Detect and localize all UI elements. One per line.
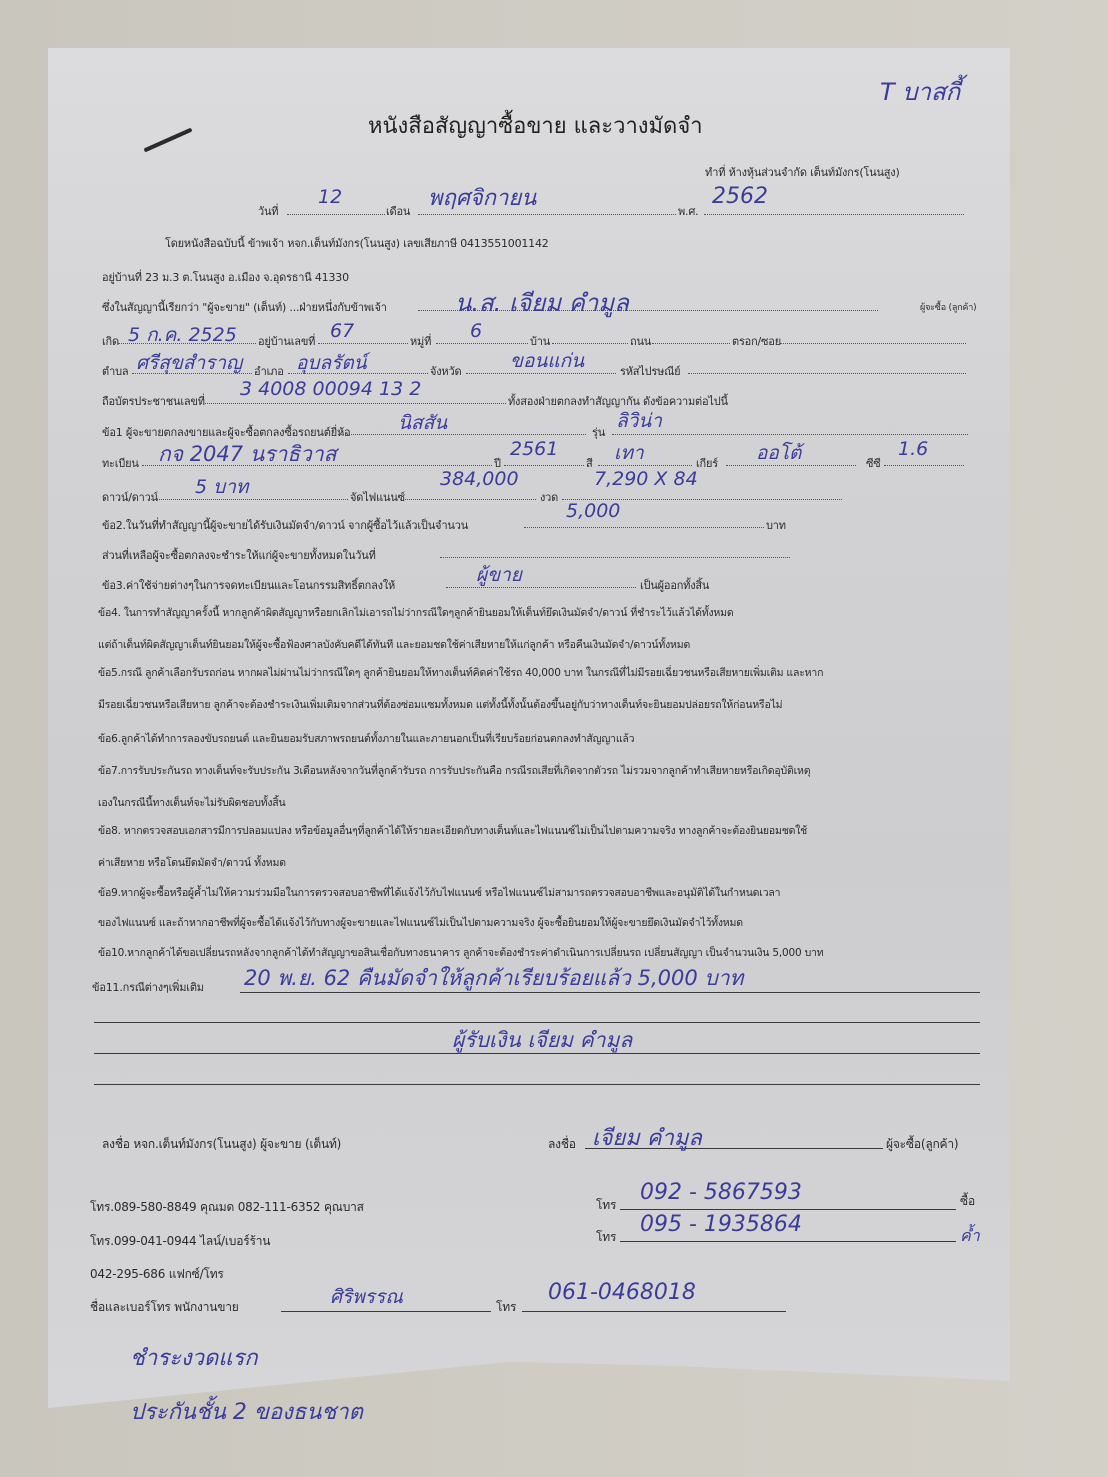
- sales-phone-line: [522, 1311, 786, 1312]
- tambon-value: ศรีสุขสำราญ: [136, 348, 242, 378]
- color-value: เทา: [614, 438, 644, 468]
- buyer-suffix: ผู้จะซื้อ (ลูกค้า): [920, 300, 976, 314]
- clause-line: ข้อ4. ในการทำสัญญาครั้งนี้ หากลูกค้าผิดส…: [98, 604, 733, 621]
- day-field: [287, 214, 385, 215]
- installment-value: 7,290 X 84: [594, 468, 698, 490]
- cc-value: 1.6: [898, 438, 928, 460]
- place-line: ทำที่ ห้างหุ้นส่วนจำกัด เต็นท์มังกร(โนนส…: [705, 163, 900, 181]
- seller-signature: ลงชื่อ หจก.เต็นท์มังกร(โนนสูง) ผู้จะขาย …: [102, 1135, 341, 1154]
- month-label: เดือน: [386, 202, 410, 220]
- model-value: ลิวิน่า: [616, 406, 662, 436]
- seller-address: อยู่บ้านที่ 23 ม.3 ต.โนนสูง อ.เมือง จ.อุ…: [102, 268, 349, 286]
- brand-value: นิสสัน: [398, 408, 447, 438]
- clause3-suffix: เป็นผู้ออกทั้งสิ้น: [640, 576, 709, 594]
- clause-line: ค่าเสียหาย หรือโดนยึดมัดจำ/ดาวน์ ทั้งหมด: [98, 854, 286, 871]
- note-1: ชำระงวดแรก: [130, 1340, 258, 1375]
- sales-label: ชื่อและเบอร์โทร พนักงานขาย: [90, 1298, 239, 1317]
- buyer-phone1-suffix: ซื้อ: [960, 1192, 975, 1211]
- sales-name: ศิริพรรณ: [330, 1282, 403, 1312]
- moo-value: 6: [470, 320, 482, 342]
- year-label: พ.ศ.: [678, 202, 698, 220]
- sales-phone: 061-0468018: [548, 1280, 696, 1305]
- clause-line: ข้อ10.หากลูกค้าได้ขอเปลี่ยนรถหลังจากลูกค…: [98, 944, 824, 961]
- clause11-text-1: 20 พ.ย. 62 คืนมัดจำให้ลูกค้าเรียบร้อยแล้…: [244, 962, 743, 995]
- shop-fax: 042-295-686 แฟกซ์/โทร: [90, 1265, 224, 1284]
- deposit-value: 5,000: [566, 500, 620, 522]
- clause-line: ข้อ9.หากผู้จะซื้อหรือผู้ค้ำไม่ให้ความร่ว…: [98, 884, 780, 901]
- brand-field: [338, 434, 586, 435]
- finance-label: จัดไฟแนนซ์: [350, 488, 405, 506]
- day-value: 12: [318, 186, 342, 208]
- id-value: 3 4008 00094 13 2: [240, 378, 421, 400]
- clause2-label: ข้อ2.ในวันที่ทำสัญญานี้ผู้จะขายได้รับเงิ…: [102, 516, 468, 534]
- clause-line: แต่ถ้าเต็นท์ผิดสัญญาเต็นท์ยินยอมให้ผู้จะ…: [98, 636, 690, 653]
- clause-line: ข้อ6.ลูกค้าได้ทำการลองขับรถยนต์ และยินยอ…: [98, 730, 634, 747]
- buyer-name: น.ส. เจียม คำมูล: [455, 283, 629, 322]
- buyer-signature: เจียม คำมูล: [592, 1120, 702, 1155]
- year-field: [704, 214, 964, 215]
- color-field: [598, 465, 692, 466]
- birth-value: 5 ก.ค. 2525: [128, 320, 237, 350]
- clause-line: ข้อ5.กรณี ลูกค้าเลือกรับรถก่อน หากผลไม่ผ…: [98, 664, 823, 681]
- house-value: 67: [330, 320, 354, 342]
- buyer-sign-suffix: ผู้จะซื้อ(ลูกค้า): [886, 1135, 958, 1154]
- payer-value: ผู้ขาย: [476, 560, 522, 590]
- remaining-date-field: [440, 557, 790, 558]
- installment-label: งวด: [540, 488, 558, 506]
- cc-field: [884, 465, 964, 466]
- shop-line: โทร.099-041-0944 ไลน์/เบอร์ร้าน: [90, 1232, 270, 1251]
- buyer-phone2-label: โทร: [596, 1228, 616, 1247]
- buyer-phone1-line: [620, 1209, 956, 1210]
- finance-field: [400, 499, 536, 500]
- clause-line: เองในกรณีนี้ทางเต็นท์จะไม่รับผิดชอบทั้งส…: [98, 794, 286, 811]
- house-field: [318, 343, 408, 344]
- clause-line: มีรอยเฉี่ยวชนหรือเสียหาย ลูกค้าจะต้องชำร…: [98, 696, 782, 713]
- clause-line: ของไฟแนนซ์ และถ้าหากอาชีพที่ผู้จะซื้อได้…: [98, 914, 743, 931]
- note-2: ประกันชั้น 2 ของธนชาต: [130, 1394, 363, 1429]
- document-title: หนังสือสัญญาซื้อขาย และวางมัดจำ: [368, 108, 703, 143]
- remaining-line: ส่วนที่เหลือผู้จะซื้อตกลงจะชำระให้แก่ผู้…: [102, 546, 376, 564]
- id-field: [200, 403, 506, 404]
- tambon-label: ตำบล: [102, 362, 128, 380]
- color-label: สี: [586, 454, 593, 472]
- plate-value: กจ 2047 นราธิวาส: [158, 438, 336, 471]
- clause11-label: ข้อ11.กรณีต่างๆเพิ่มเติม: [92, 978, 204, 996]
- clause11-line-4: [94, 1084, 980, 1085]
- id-label: ถือบัตรประชาชนเลขที่: [102, 392, 205, 410]
- moo-label: หมู่ที่: [410, 332, 431, 350]
- party-label: ซึ่งในสัญญานี้เรียกว่า "ผู้จะขาย" (เต็นท…: [102, 298, 387, 316]
- day-label: วันที่: [258, 202, 278, 220]
- down-value: 5 บาท: [195, 472, 248, 502]
- postcode-label: รหัสไปรษณีย์: [620, 362, 680, 380]
- gear-value: ออโต้: [756, 438, 801, 468]
- road-label: ถนน: [630, 332, 651, 350]
- buyer-phone2-suffix: ค้ำ: [960, 1224, 980, 1249]
- village-field: [552, 343, 628, 344]
- veh-year-value: 2561: [510, 438, 558, 460]
- cc-label: ซีซี: [866, 454, 881, 472]
- plate-label: ทะเบียน: [102, 454, 139, 472]
- buyer-phone2-line: [620, 1241, 956, 1242]
- corner-note: T บาสกี้: [880, 72, 960, 111]
- buyer-phone2: 095 - 1935864: [640, 1212, 802, 1237]
- deposit-field: [524, 527, 764, 528]
- road-field: [652, 343, 730, 344]
- finance-value: 384,000: [440, 468, 519, 490]
- sales-tel-label: โทร: [496, 1298, 516, 1317]
- buyer-phone1-label: โทร: [596, 1196, 616, 1215]
- soi-field: [780, 343, 966, 344]
- amphoe-value: อุบลรัตน์: [296, 348, 367, 378]
- clause11-line-3: [94, 1053, 980, 1054]
- buyer-phone1: 092 - 5867593: [640, 1180, 802, 1205]
- soi-label: ตรอก/ซอย: [732, 332, 781, 350]
- province-value: ขอนแก่น: [510, 346, 584, 376]
- gear-label: เกียร์: [696, 454, 718, 472]
- intro-line: โดยหนังสือฉบับนี้ ข้าพเจ้า หจก.เต็นท์มัง…: [165, 234, 549, 252]
- clause3-label: ข้อ3.ค่าใช้จ่ายต่างๆในการจดทะเบียนและโอน…: [102, 576, 395, 594]
- birth-label: เกิด: [102, 332, 119, 350]
- postcode-field: [688, 373, 966, 374]
- model-label: รุ่น: [592, 423, 605, 441]
- deposit-unit: บาท: [766, 516, 786, 534]
- province-label: จังหวัด: [430, 362, 461, 380]
- down-label: ดาวน์/ดาวน์: [102, 488, 158, 506]
- shop-phones: โทร.089-580-8849 คุณมด 082-111-6352 คุณบ…: [90, 1198, 364, 1217]
- model-field: [612, 434, 968, 435]
- veh-year-field: [504, 465, 584, 466]
- clause11-line-2: [94, 1022, 980, 1023]
- payer-field: [446, 587, 636, 588]
- moo-field: [436, 343, 528, 344]
- buyer-sign-label: ลงชื่อ: [548, 1135, 576, 1154]
- clause-line: ข้อ7.การรับประกันรถ ทางเต็นท์จะรับประกัน…: [98, 762, 810, 779]
- month-value: พฤศจิกายน: [428, 180, 536, 215]
- year-value: 2562: [712, 184, 768, 209]
- clause-line: ข้อ8. หากตรวจสอบเอกสารมีการปลอมแปลง หรือ…: [98, 822, 807, 839]
